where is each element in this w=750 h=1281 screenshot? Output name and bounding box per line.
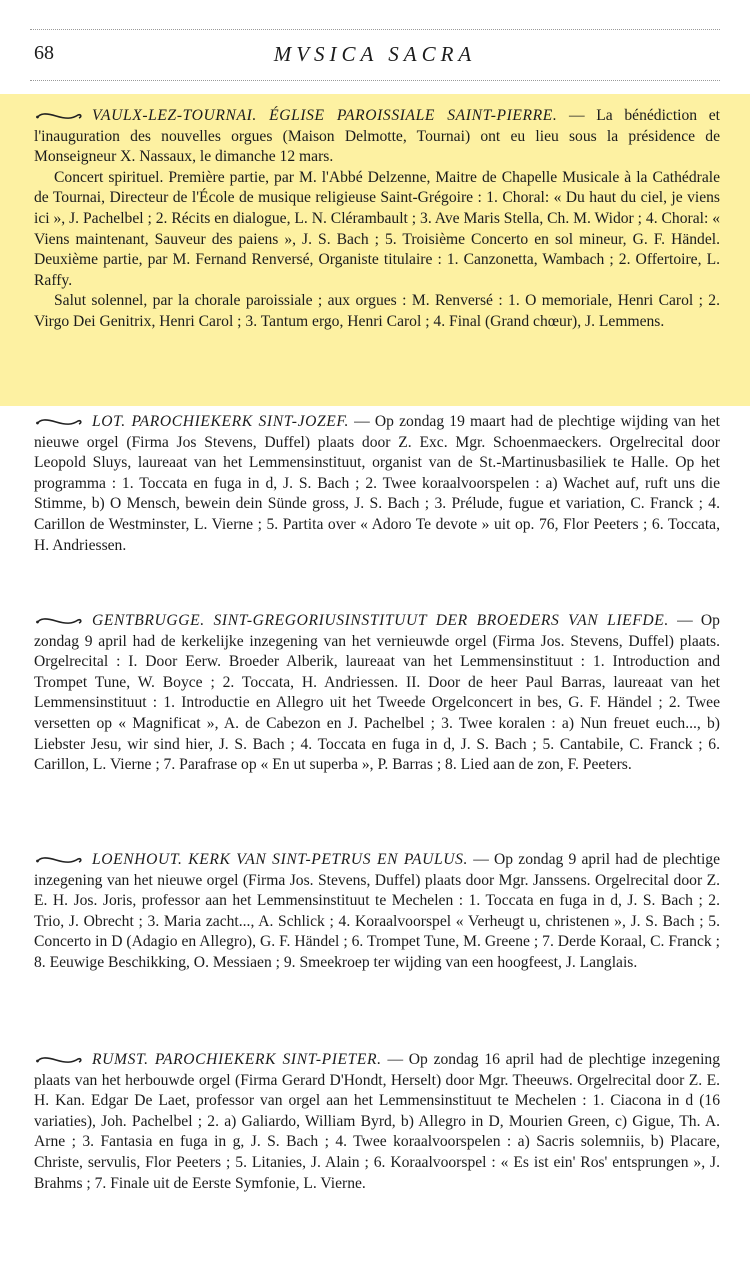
entry-place-title: RUMST. PAROCHIEKERK SINT-PIETER.: [92, 1051, 382, 1068]
entry-lot: LOT. PAROCHIEKERK SINT-JOZEF. — Op zonda…: [34, 412, 720, 556]
page-header: 68 MVSICA SACRA: [0, 40, 750, 74]
swash-ornament-icon: [34, 111, 84, 121]
swash-ornament-icon: [34, 1055, 84, 1065]
entry-rumst: RUMST. PAROCHIEKERK SINT-PIETER. — Op zo…: [34, 1050, 720, 1194]
entry-place-title: LOENHOUT. KERK VAN SINT-PETRUS EN PAULUS…: [92, 851, 468, 868]
entry-body-text: — Op zondag 9 april had de kerkelijke in…: [34, 612, 720, 773]
entry-loenhout: LOENHOUT. KERK VAN SINT-PETRUS EN PAULUS…: [34, 850, 720, 974]
swash-ornament-icon: [34, 855, 84, 865]
entry-vaulx-lez-tournai: VAULX-LEZ-TOURNAI. ÉGLISE PAROISSIALE SA…: [34, 106, 720, 333]
entry-salut-paragraph: Salut solennel, par la chorale paroissia…: [34, 291, 720, 332]
swash-ornament-icon: [34, 616, 84, 626]
entry-concert-paragraph: Concert spirituel. Première partie, par …: [34, 168, 720, 292]
entry-gentbrugge: GENTBRUGGE. SINT-GREGORIUSINSTITUUT DER …: [34, 611, 720, 776]
entry-place-title: VAULX-LEZ-TOURNAI. ÉGLISE PAROISSIALE SA…: [92, 107, 557, 124]
entry-body-text: — Op zondag 9 april had de plechtige inz…: [34, 851, 720, 971]
entry-body-text: — Op zondag 19 maart had de plechtige wi…: [34, 413, 720, 554]
journal-title: MVSICA SACRA: [0, 42, 750, 67]
entry-body-text: — Op zondag 16 april had de plechtige in…: [34, 1051, 720, 1192]
entry-place-title: GENTBRUGGE. SINT-GREGORIUSINSTITUUT DER …: [92, 612, 669, 629]
top-dotted-rule: [30, 29, 720, 30]
header-dotted-rule: [30, 80, 720, 81]
entry-place-title: LOT. PAROCHIEKERK SINT-JOZEF.: [92, 413, 349, 430]
swash-ornament-icon: [34, 417, 84, 427]
